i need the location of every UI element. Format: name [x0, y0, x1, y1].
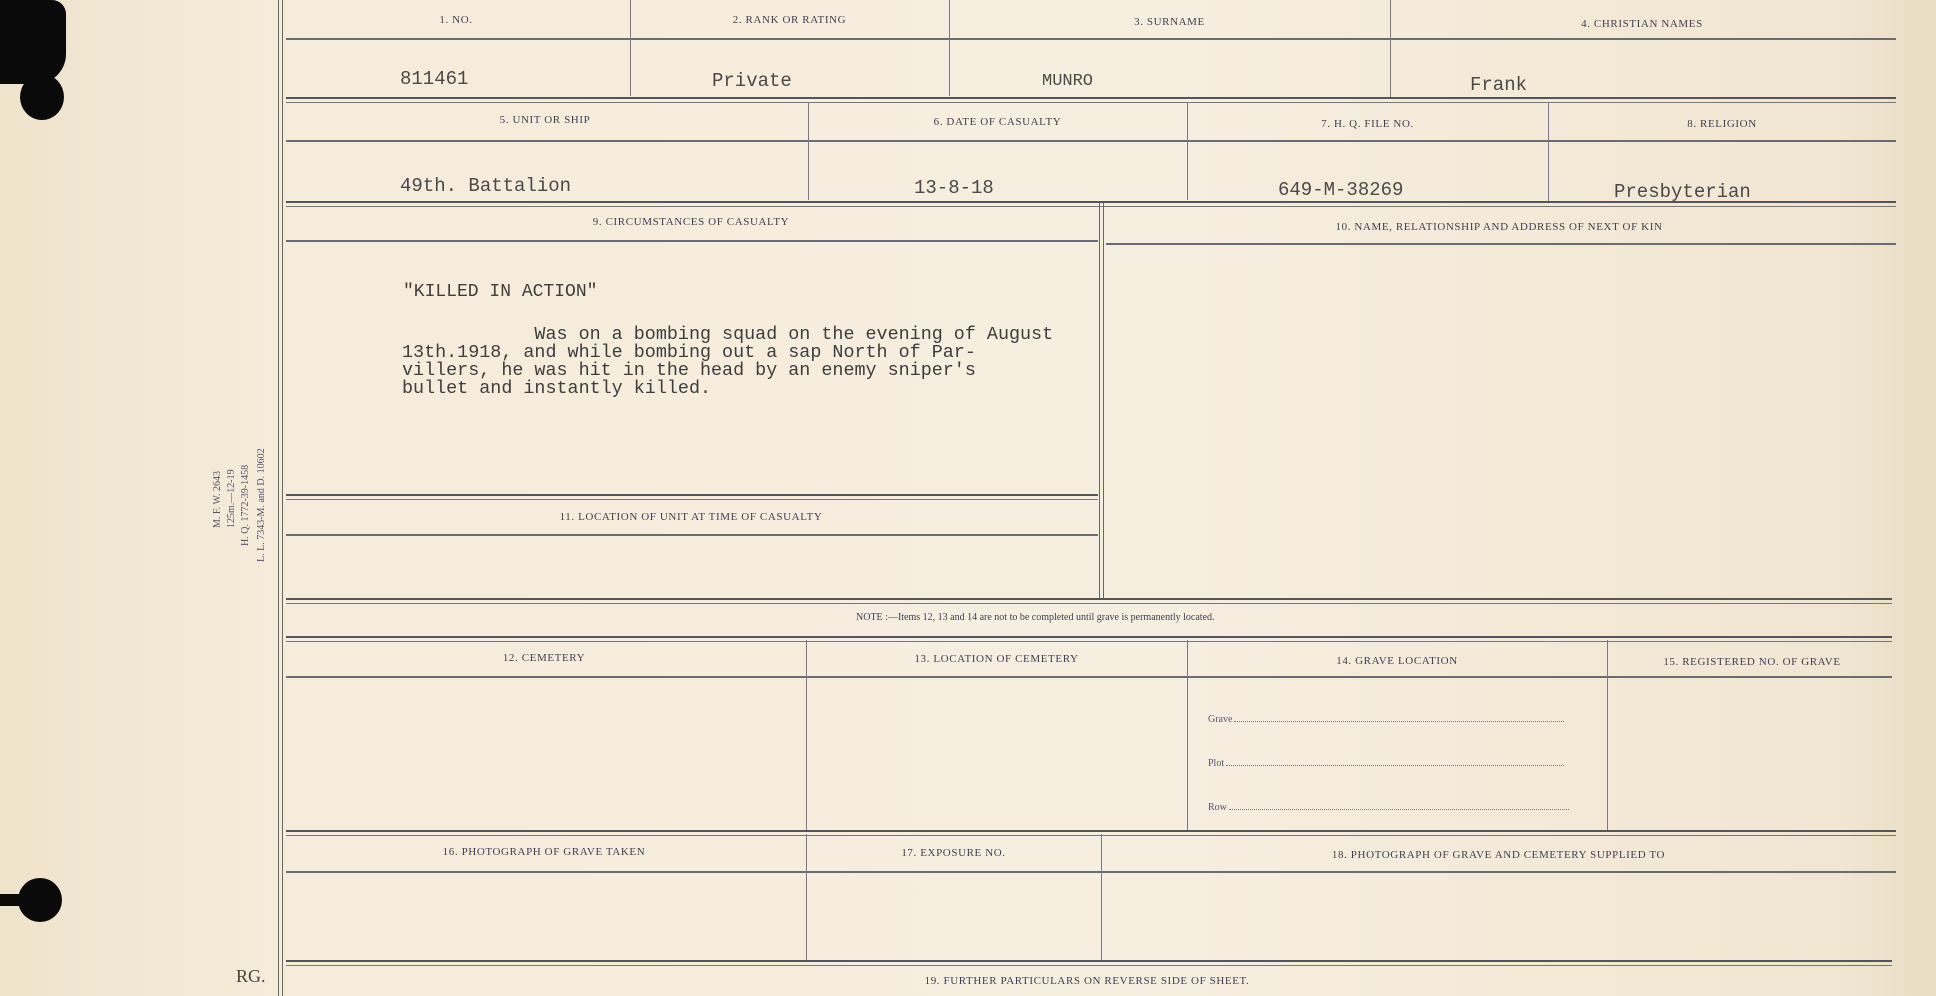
label-photo-supplied-to: 18. Photograph of Grave and Cemetery Sup… — [1101, 849, 1896, 861]
corner-mark: RG. — [236, 966, 266, 987]
row12-divider-2 — [1187, 640, 1188, 830]
value-christian-names: Frank — [1470, 74, 1527, 96]
note-bottom-rule — [286, 636, 1892, 642]
label-location-of-unit: 11. Location of Unit at Time of Casualty — [282, 511, 1100, 523]
label-location-of-cemetery: 13. Location of Cemetery — [806, 653, 1187, 665]
row12-divider-3 — [1607, 640, 1608, 830]
row16-divider-2 — [1101, 834, 1102, 962]
row1-divider-2 — [949, 0, 950, 96]
row12-divider-1 — [806, 640, 807, 830]
side-print-line-3: H. Q. 1772-39-1458 — [240, 465, 251, 546]
row12-label-rule — [286, 676, 1892, 678]
label-no: 1. No. — [282, 14, 630, 26]
side-print-line-1: M. F. W. 2643 — [212, 471, 223, 528]
label-unit: 5. Unit or Ship — [282, 114, 808, 126]
label-surname: 3. Surname — [949, 16, 1390, 28]
row-field-line — [1229, 809, 1569, 810]
row16-label-rule — [286, 871, 1896, 873]
row2-bottom-rule — [286, 201, 1896, 207]
label-cemetery: 12. Cemetery — [282, 652, 806, 664]
note-text: NOTE :—Items 12, 13 and 14 are not to be… — [856, 612, 1215, 623]
label-date-of-casualty: 6. Date of Casualty — [808, 116, 1187, 128]
label-photo-taken: 16. Photograph of Grave Taken — [282, 846, 806, 858]
value-hq-file-no: 649-M-38269 — [1278, 179, 1403, 201]
grave-field-line — [1234, 721, 1564, 722]
label-next-of-kin: 10. Name, Relationship and Address of Ne… — [1104, 221, 1894, 233]
row1-divider-3 — [1390, 0, 1391, 98]
row2-label-rule — [286, 140, 1896, 142]
row-field[interactable]: Row — [1208, 802, 1569, 813]
punch-hole-top-round — [20, 74, 64, 120]
section11-top-rule — [286, 494, 1098, 500]
label-christian-names: 4. Christian Names — [1390, 18, 1894, 30]
punch-hole-bottom — [18, 878, 62, 922]
side-print-line-2: 125m.—12-19 — [226, 469, 237, 528]
circumstances-text: Was on a bombing squad on the evening of… — [402, 326, 1053, 398]
value-unit: 49th. Battalion — [400, 175, 571, 197]
plot-field-line — [1226, 765, 1564, 766]
value-religion: Presbyterian — [1614, 181, 1751, 203]
section11-label-rule — [286, 534, 1098, 536]
row1-bottom-rule — [286, 97, 1896, 103]
plot-field-label: Plot — [1208, 758, 1224, 769]
label-exposure-no: 17. Exposure No. — [806, 847, 1101, 859]
grave-field[interactable]: Grave — [1208, 714, 1564, 725]
row12-bottom-rule — [286, 830, 1896, 836]
side-print-line-4: L. L. 7343-M. and D. 10602 — [256, 448, 267, 562]
label-further-particulars: 19. Further Particulars on Reverse Side … — [282, 975, 1892, 987]
row1-label-rule — [286, 38, 1896, 40]
row1-divider-1 — [630, 0, 631, 96]
punch-hole-bottom-stem — [0, 894, 22, 906]
row16-bottom-rule — [286, 960, 1892, 966]
value-rank: Private — [712, 70, 792, 92]
value-no: 811461 — [400, 68, 468, 90]
circumstances-heading: "KILLED IN ACTION" — [403, 283, 597, 301]
section9-10-divider — [1099, 203, 1104, 599]
label-rank: 2. Rank or Rating — [630, 14, 949, 26]
row-field-label: Row — [1208, 802, 1227, 813]
row16-divider-1 — [806, 834, 807, 962]
section9-label-rule — [286, 240, 1098, 242]
row2-divider-3 — [1548, 102, 1549, 202]
label-hq-file-no: 7. H. Q. File No. — [1187, 118, 1548, 130]
grave-field-label: Grave — [1208, 714, 1232, 725]
label-grave-location: 14. Grave Location — [1187, 655, 1607, 667]
casualty-form-sheet: M. F. W. 2643 125m.—12-19 H. Q. 1772-39-… — [0, 0, 1936, 996]
section9-10-bottom-rule — [286, 598, 1892, 604]
label-circumstances: 9. Circumstances of Casualty — [282, 216, 1100, 228]
punch-hole-top — [0, 0, 66, 84]
plot-field[interactable]: Plot — [1208, 758, 1564, 769]
row2-divider-1 — [808, 102, 809, 200]
label-registered-no: 15. Registered No. of Grave — [1607, 656, 1897, 668]
row2-divider-2 — [1187, 102, 1188, 200]
label-religion: 8. Religion — [1548, 118, 1896, 130]
section10-label-rule — [1106, 243, 1896, 245]
value-date-of-casualty: 13-8-18 — [914, 177, 994, 199]
value-surname: MUNRO — [1042, 72, 1093, 91]
